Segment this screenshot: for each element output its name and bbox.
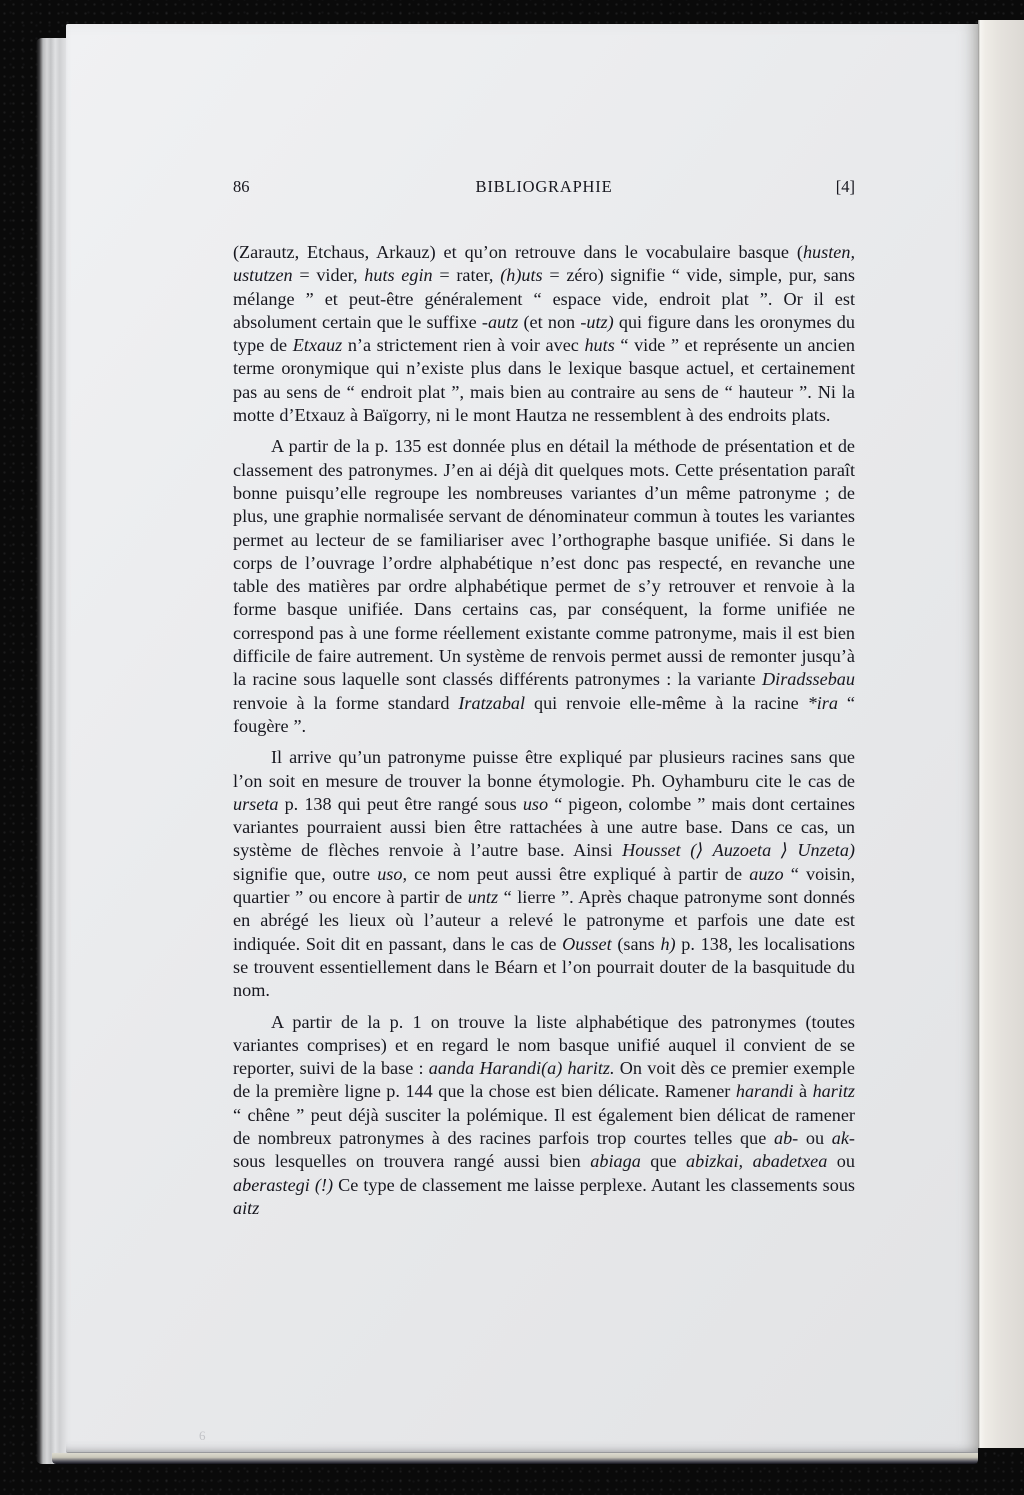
paragraph: A partir de la p. 135 est donnée plus en…: [233, 435, 855, 738]
running-header: 86 BIBLIOGRAPHIE [4]: [233, 177, 855, 197]
running-title: BIBLIOGRAPHIE: [233, 177, 855, 197]
paragraph: Il arrive qu’un patronyme puisse être ex…: [233, 746, 855, 1002]
paragraph: A partir de la p. 1 on trouve la liste a…: [233, 1011, 855, 1221]
stray-print-mark: 6: [199, 1428, 206, 1444]
facing-page-edge: [978, 20, 1024, 1448]
body-text: (Zarautz, Etchaus, Arkauz) et qu’on retr…: [233, 241, 855, 1220]
photo-backdrop: { "scene": { "backdrop_color": "#0a0a0a"…: [0, 0, 1024, 1495]
book-page: 86 BIBLIOGRAPHIE [4] (Zarautz, Etchaus, …: [66, 24, 978, 1453]
page-content: 86 BIBLIOGRAPHIE [4] (Zarautz, Etchaus, …: [233, 24, 855, 1220]
page-stack-edge: [36, 38, 68, 1464]
bottom-page-edges: [52, 1453, 978, 1464]
paragraph: (Zarautz, Etchaus, Arkauz) et qu’on retr…: [233, 241, 855, 427]
